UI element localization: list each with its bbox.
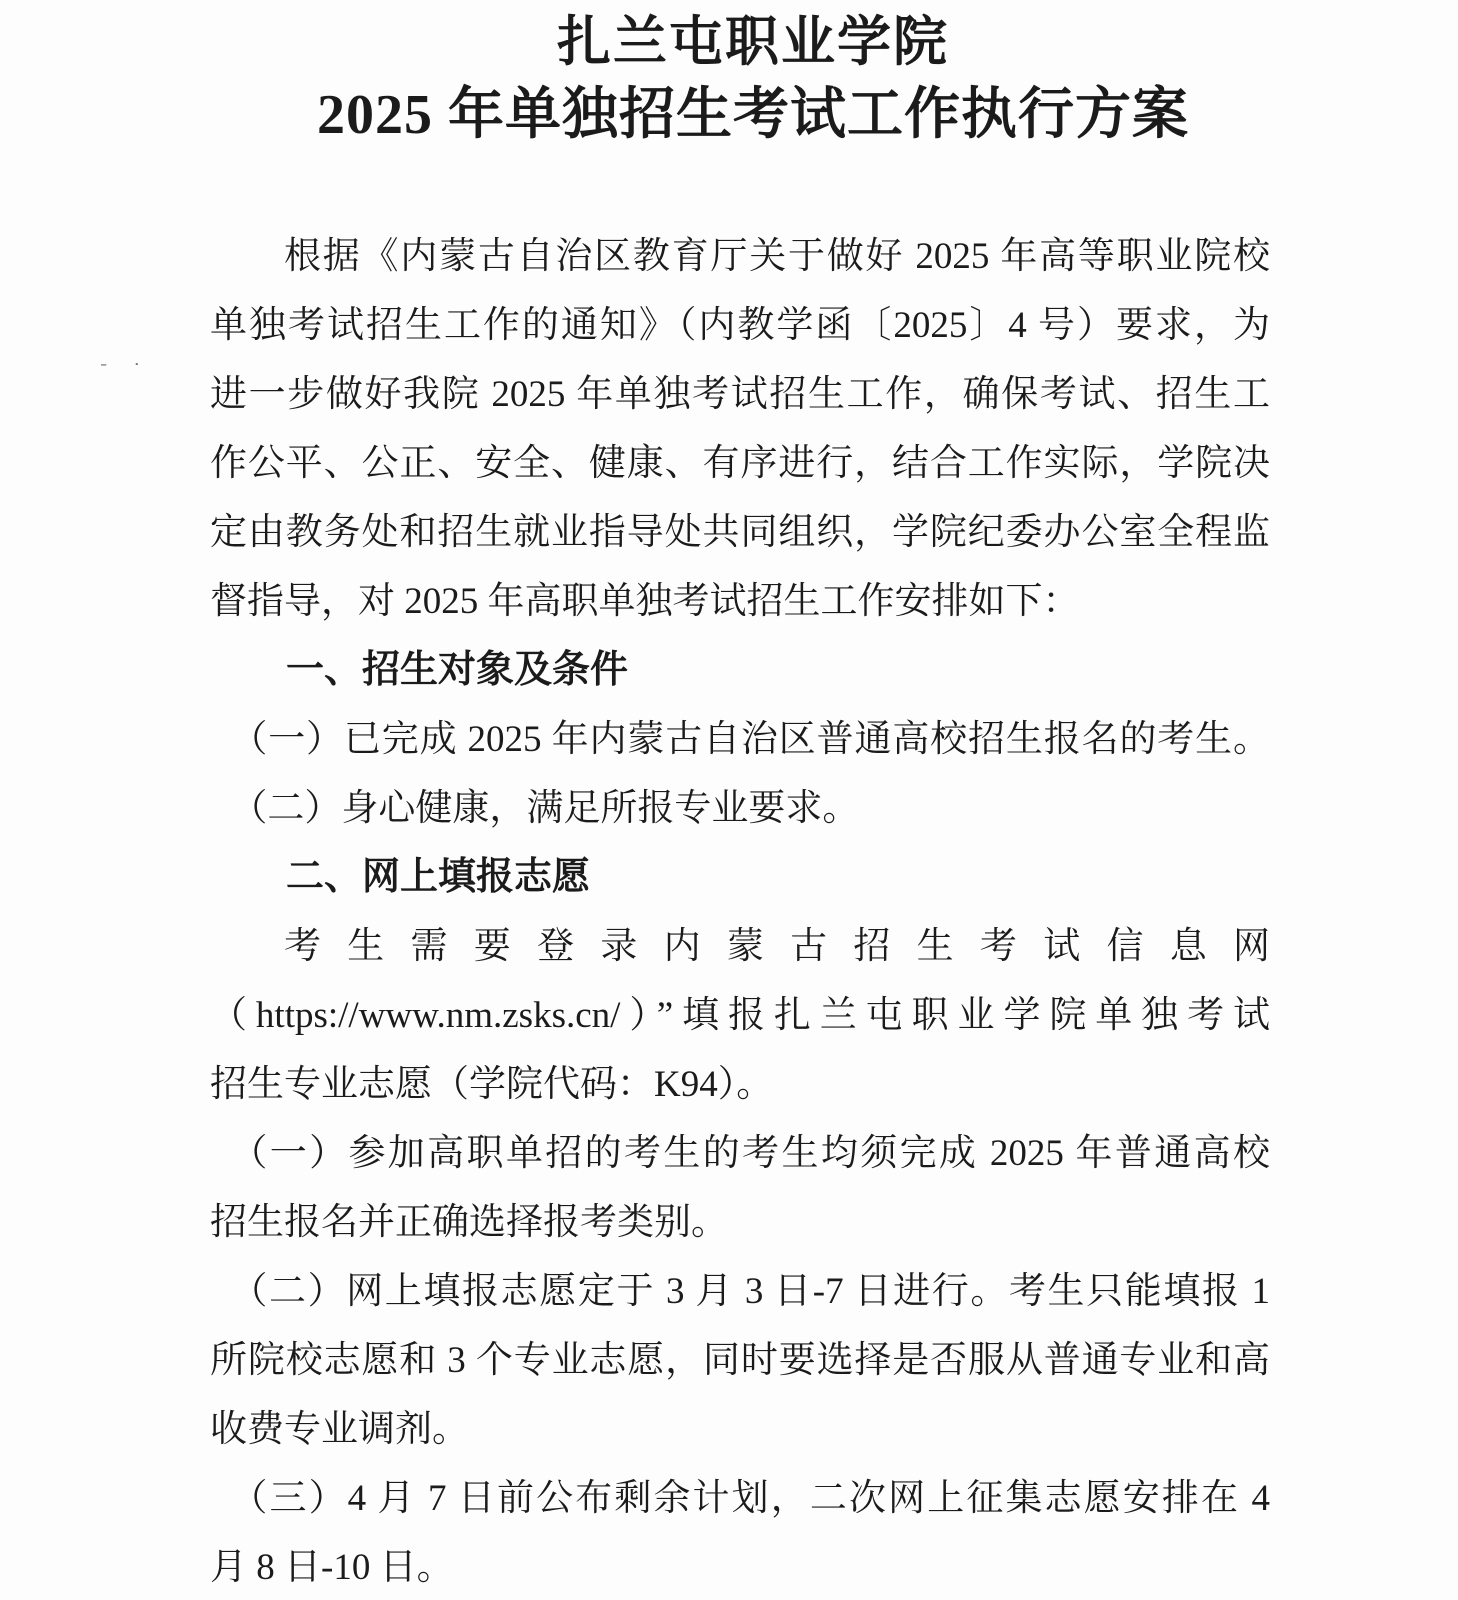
section-2-item-2-line-2: 所院校志愿和 3 个专业志愿，同时要选择是否服从普通专业和高 <box>210 1326 1270 1395</box>
section-2-item-2-line-3: 收费专业调剂。 <box>210 1395 1270 1464</box>
scan-artifact-mark: - · <box>100 356 150 373</box>
section-1-item-2: （二）身心健康，满足所报专业要求。 <box>210 774 1270 843</box>
section-2-heading: 二、网上填报志愿 <box>210 843 1270 912</box>
section-2-intro-line-1: 考生需要登录内蒙古招生考试信息网 <box>210 912 1270 981</box>
document-title-line-2: 2025 年单独招生考试工作执行方案 <box>48 78 1458 152</box>
section-2-item-1-line-1: （一）参加高职单招的考生的考生均须完成 2025 年普通高校 <box>210 1119 1270 1188</box>
section-2-item-1-line-2: 招生报名并正确选择报考类别。 <box>210 1188 1270 1257</box>
section-2-item-3-line-2: 月 8 日-10 日。 <box>210 1533 1270 1600</box>
section-2-item-2-line-1: （二）网上填报志愿定于 3 月 3 日-7 日进行。考生只能填报 1 <box>210 1257 1270 1326</box>
section-2-intro-line-3: 招生专业志愿（学院代码：K94）。 <box>210 1050 1270 1119</box>
intro-line-4: 作公平、公正、安全、健康、有序进行，结合工作实际，学院决 <box>210 429 1270 498</box>
document-title-line-1: 扎兰屯职业学院 <box>48 6 1458 78</box>
intro-line-3: 进一步做好我院 2025 年单独考试招生工作，确保考试、招生工 <box>210 360 1270 429</box>
intro-line-1: 根据《内蒙古自治区教育厅关于做好 2025 年高等职业院校 <box>210 222 1270 291</box>
section-1-item-1: （一）已完成 2025 年内蒙古自治区普通高校招生报名的考生。 <box>210 705 1270 774</box>
section-2-intro-line-2: （https://www.nm.zsks.cn/）”填报扎兰屯职业学院单独考试 <box>210 981 1270 1050</box>
section-1-heading: 一、招生对象及条件 <box>210 636 1270 705</box>
intro-line-5: 定由教务处和招生就业指导处共同组织，学院纪委办公室全程监 <box>210 498 1270 567</box>
intro-line-2: 单独考试招生工作的通知》（内教学函〔2025〕4 号）要求，为 <box>210 291 1270 360</box>
document-body: 根据《内蒙古自治区教育厅关于做好 2025 年高等职业院校 单独考试招生工作的通… <box>0 222 1458 1600</box>
section-2-item-3-line-1: （三）4 月 7 日前公布剩余计划，二次网上征集志愿安排在 4 <box>210 1464 1270 1533</box>
document-header: 扎兰屯职业学院 2025 年单独招生考试工作执行方案 <box>0 0 1458 152</box>
intro-line-6: 督指导，对 2025 年高职单独考试招生工作安排如下： <box>210 567 1270 636</box>
scanned-document-page: - · 扎兰屯职业学院 2025 年单独招生考试工作执行方案 根据《内蒙古自治区… <box>0 0 1458 1600</box>
